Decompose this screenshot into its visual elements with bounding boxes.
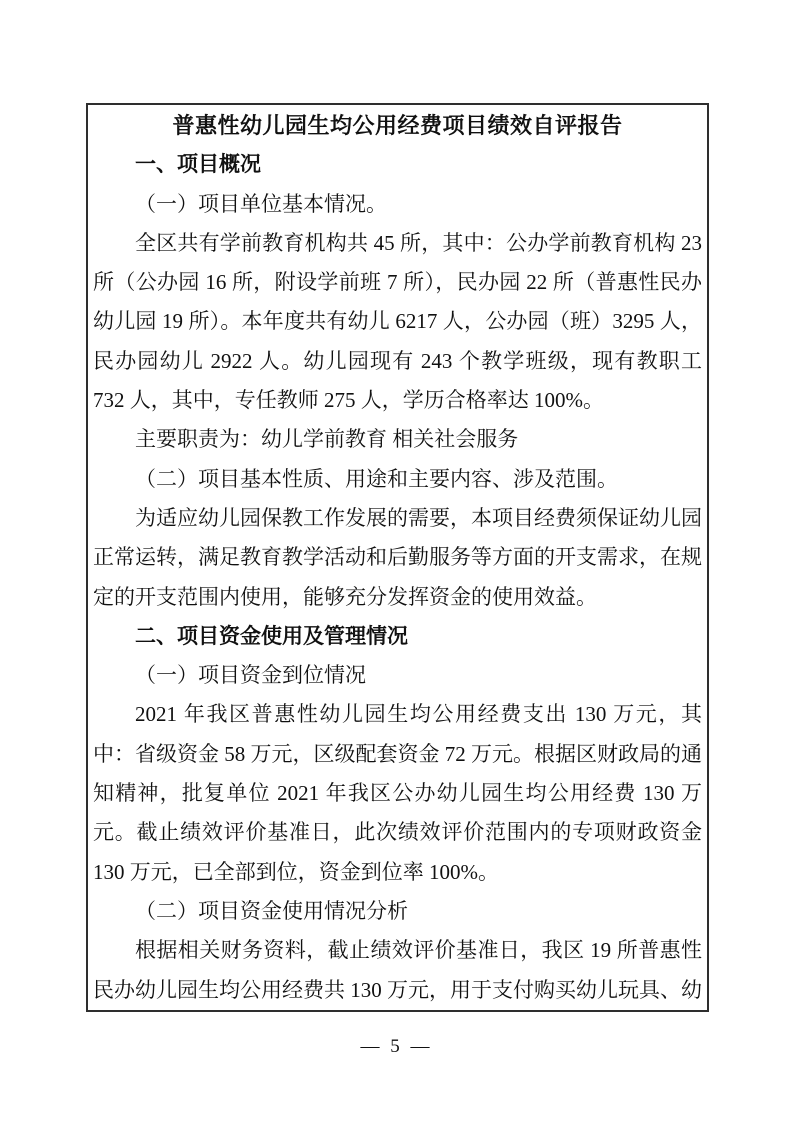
paragraph-project-purpose: 为适应幼儿园保教工作发展的需要，本项目经费须保证幼儿园正常运转，满足教育教学活动… xyxy=(93,499,702,617)
paragraph-unit-overview: 全区共有学前教育机构共 45 所，其中：公办学前教育机构 23 所（公办园 16… xyxy=(93,224,702,420)
subsection-heading-project-nature: （二）项目基本性质、用途和主要内容、涉及范围。 xyxy=(93,460,702,499)
document-page: 普惠性幼儿园生均公用经费项目绩效自评报告 一、项目概况 （一）项目单位基本情况。… xyxy=(0,0,793,1122)
document-title: 普惠性幼儿园生均公用经费项目绩效自评报告 xyxy=(93,106,702,145)
subsection-heading-unit-basic-info: （一）项目单位基本情况。 xyxy=(93,185,702,224)
page-number: — 5 — xyxy=(0,1036,793,1058)
section-heading-project-overview: 一、项目概况 xyxy=(93,145,702,184)
subsection-heading-funds-arrival: （一）项目资金到位情况 xyxy=(93,656,702,695)
paragraph-funds-usage-detail: 根据相关财务资料，截止绩效评价基准日，我区 19 所普惠性民办幼儿园生均公用经费… xyxy=(93,931,702,1012)
paragraph-main-duties: 主要职责为：幼儿学前教育 相关社会服务 xyxy=(93,420,702,459)
section-heading-funds-management: 二、项目资金使用及管理情况 xyxy=(93,617,702,656)
subsection-heading-funds-usage: （二）项目资金使用情况分析 xyxy=(93,892,702,931)
paragraph-funds-arrival-detail: 2021 年我区普惠性幼儿园生均公用经费支出 130 万元，其中：省级资金 58… xyxy=(93,695,702,891)
document-border-frame: 普惠性幼儿园生均公用经费项目绩效自评报告 一、项目概况 （一）项目单位基本情况。… xyxy=(86,103,709,1012)
